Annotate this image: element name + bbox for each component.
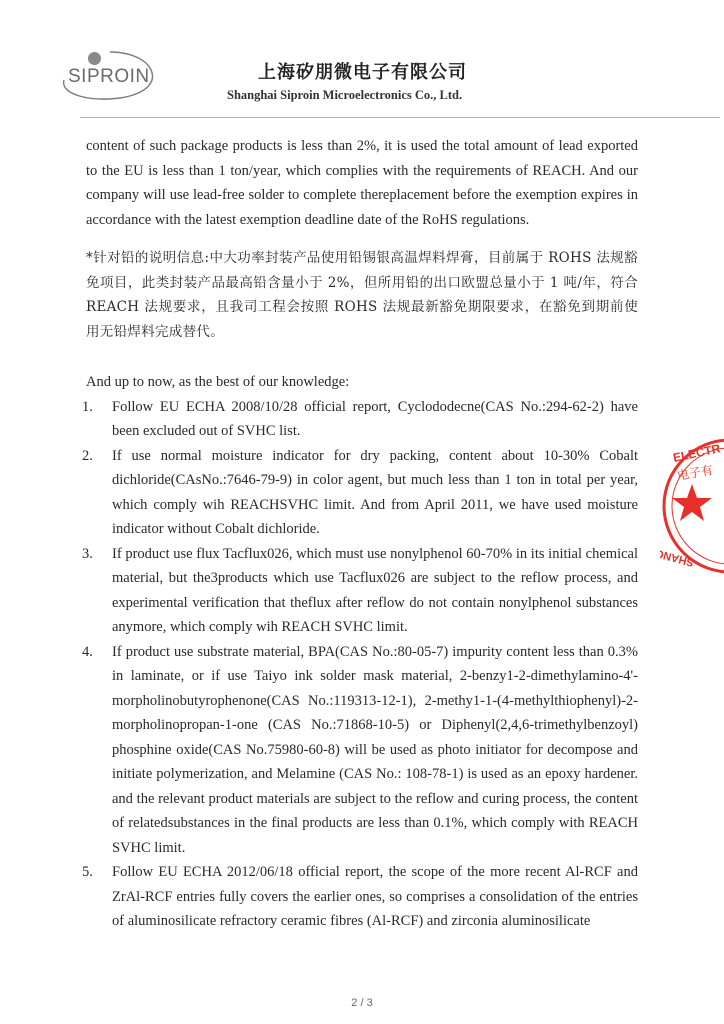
letterhead: SIPROIN 上海矽朋微电子有限公司 Shanghai Siproin Mic… [0,0,724,120]
list-number: 5. [82,860,93,885]
paragraph-lead-note-cn: *针对铅的说明信息:中大功率封装产品使用铅锡银高温焊料焊膏，目前属于 ROHS … [86,246,638,344]
list-number: 2. [82,444,93,469]
list-text: If use normal moisture indicator for dry… [112,448,638,538]
logo-text: SIPROIN [68,66,150,88]
document-body: content of such package products is less… [86,134,638,934]
list-text: Follow EU ECHA 2012/06/18 official repor… [112,864,638,929]
paragraph-intro: And up to now, as the best of our knowle… [86,370,638,395]
company-name-en: Shanghai Siproin Microelectronics Co., L… [227,88,462,103]
star-icon [672,484,712,521]
svg-text:ELECTR: ELECTR [672,441,722,465]
company-name-cn: 上海矽朋微电子有限公司 [258,58,467,84]
page-indicator: 2 / 3 [0,997,724,1009]
seal-icon: ELECTR 电子有 SHANG [660,436,724,576]
list-item: 1.Follow EU ECHA 2008/10/28 official rep… [86,395,638,444]
svg-text:SHANG: SHANG [660,547,695,569]
list-item: 5.Follow EU ECHA 2012/06/18 official rep… [86,860,638,934]
list-item: 4.If product use substrate material, BPA… [86,640,638,861]
paragraph-lead-continued: content of such package products is less… [86,134,638,232]
list-text: Follow EU ECHA 2008/10/28 official repor… [112,399,638,440]
list-number: 3. [82,542,93,567]
logo-dot-icon [88,52,101,65]
svg-text:电子有: 电子有 [676,462,714,483]
company-seal-stamp: ELECTR 电子有 SHANG [660,436,724,576]
list-number: 1. [82,395,93,420]
siproin-logo: SIPROIN [58,46,168,106]
list-item: 2.If use normal moisture indicator for d… [86,444,638,542]
header-divider [80,117,720,118]
list-text: If product use substrate material, BPA(C… [112,644,638,856]
list-number: 4. [82,640,93,665]
list-text: If product use flux Tacflux026, which mu… [112,546,638,636]
svhc-list: 1.Follow EU ECHA 2008/10/28 official rep… [86,395,638,934]
list-item: 3.If product use flux Tacflux026, which … [86,542,638,640]
